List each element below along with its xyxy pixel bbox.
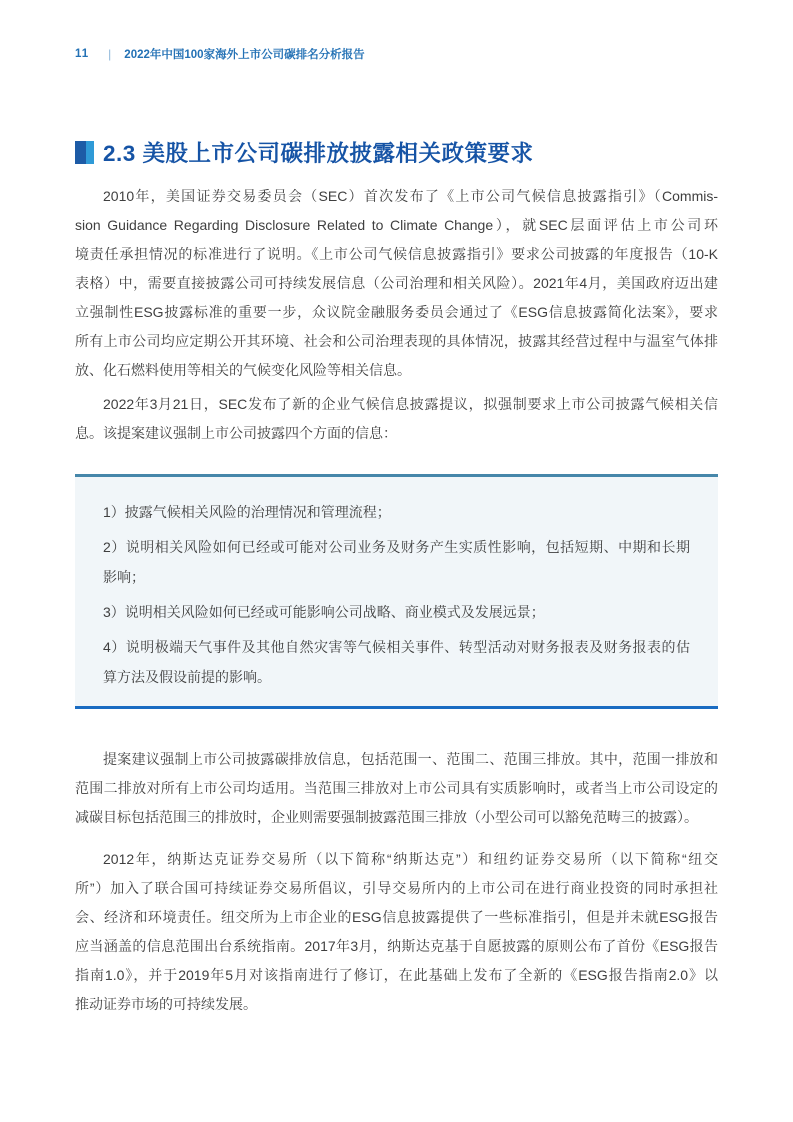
text-line: 所”）加入了联合国可持续证券交易所倡议，引导交易所内的上市公司在进行商业投资的同… [75,874,718,903]
text-line: 算方法及假设前提的影响。 [103,662,690,692]
callout-item: 4）说明极端天气事件及其他自然灾害等气候相关事件、转型活动对财务报表及财务报表的… [103,632,690,692]
text-line: 1）披露气候相关风险的治理情况和管理流程； [103,497,690,527]
callout-item: 1）披露气候相关风险的治理情况和管理流程； [103,497,690,527]
text-line: 会、经济和环境责任。纽交所为上市企业的ESG信息披露提供了一些标准指引，但是并未… [75,903,718,932]
text-line: 指南1.0》，并于2019年5月对该指南进行了修订，在此基础上发布了全新的《ES… [75,961,718,990]
text-line: 提案建议强制上市公司披露碳排放信息，包括范围一、范围二、范围三排放。其中，范围一… [75,745,718,774]
text-line: 2012年，纳斯达克证券交易所（以下简称“纳斯达克”）和纽约证券交易所（以下简称… [75,845,718,874]
text-line: 立强制性ESG披露标准的重要一步，众议院金融服务委员会通过了《ESG信息披露简化… [75,298,718,327]
text-line: 应当涵盖的信息范围出台系统指南。2017年3月，纳斯达克基于自愿披露的原则公布了… [75,932,718,961]
section-heading: 2.3 美股上市公司碳排放披露相关政策要求 [75,136,534,168]
text-line: 推动证券市场的可持续发展。 [75,990,718,1019]
text-line: 2010年，美国证券交易委员会（SEC）首次发布了《上市公司气候信息披露指引》（… [75,182,718,211]
paragraph-sec-2022-proposal: 2022年3月21日，SEC发布了新的企业气候信息披露提议，拟强制要求上市公司披… [75,390,718,448]
callout-item: 2）说明相关风险如何已经或可能对公司业务及财务产生实质性影响，包括短期、中期和长… [103,532,690,592]
text-line: 放、化石燃料使用等相关的气候变化风险等相关信息。 [75,356,718,385]
page-number: 11 [75,48,89,60]
text-line: 2）说明相关风险如何已经或可能对公司业务及财务产生实质性影响，包括短期、中期和长… [103,532,690,562]
text-line: 减碳目标包括范围三的排放时，企业则需要强制披露范围三排放（小型公司可以豁免范畴三… [75,803,718,832]
paragraph-sec-2010: 2010年，美国证券交易委员会（SEC）首次发布了《上市公司气候信息披露指引》（… [75,182,718,385]
section-marker-icon [75,141,94,164]
text-line: 2022年3月21日，SEC发布了新的企业气候信息披露提议，拟强制要求上市公司披… [75,390,718,419]
paragraph-scope-emissions: 提案建议强制上市公司披露碳排放信息，包括范围一、范围二、范围三排放。其中，范围一… [75,745,718,832]
text-line: 影响； [103,562,690,592]
marker-dark-block [75,141,86,164]
paragraph-nasdaq-nyse: 2012年，纳斯达克证券交易所（以下简称“纳斯达克”）和纽约证券交易所（以下简称… [75,845,718,1019]
report-title: 2022年中国100家海外上市公司碳排名分析报告 [124,46,364,62]
text-line: 4）说明极端天气事件及其他自然灾害等气候相关事件、转型活动对财务报表及财务报表的… [103,632,690,662]
marker-light-block [86,141,94,164]
text-line: 3）说明相关风险如何已经或可能影响公司战略、商业模式及发展远景； [103,597,690,627]
header-divider-icon: | [108,47,111,61]
report-page: 11 | 2022年中国100家海外上市公司碳排名分析报告 2.3 美股上市公司… [0,0,793,1122]
text-line: 境责任承担情况的标准进行了说明。《上市公司气候信息披露指引》要求公司披露的年度报… [75,240,718,269]
section-title: 2.3 美股上市公司碳排放披露相关政策要求 [103,136,534,168]
callout-disclosure-items: 1）披露气候相关风险的治理情况和管理流程；2）说明相关风险如何已经或可能对公司业… [75,474,718,709]
text-line: 息。该提案建议强制上市公司披露四个方面的信息： [75,419,718,448]
text-line: 表格）中，需要直接披露公司可持续发展信息（公司治理和相关风险）。2021年4月，… [75,269,718,298]
text-line: sion Guidance Regarding Disclosure Relat… [75,211,718,240]
text-line: 所有上市公司均应定期公开其环境、社会和公司治理表现的具体情况，披露其经营过程中与… [75,327,718,356]
page-header: 11 | 2022年中国100家海外上市公司碳排名分析报告 [75,46,365,62]
callout-item: 3）说明相关风险如何已经或可能影响公司战略、商业模式及发展远景； [103,597,690,627]
text-line: 范围二排放对所有上市公司均适用。当范围三排放对上市公司具有实质影响时，或者当上市… [75,774,718,803]
